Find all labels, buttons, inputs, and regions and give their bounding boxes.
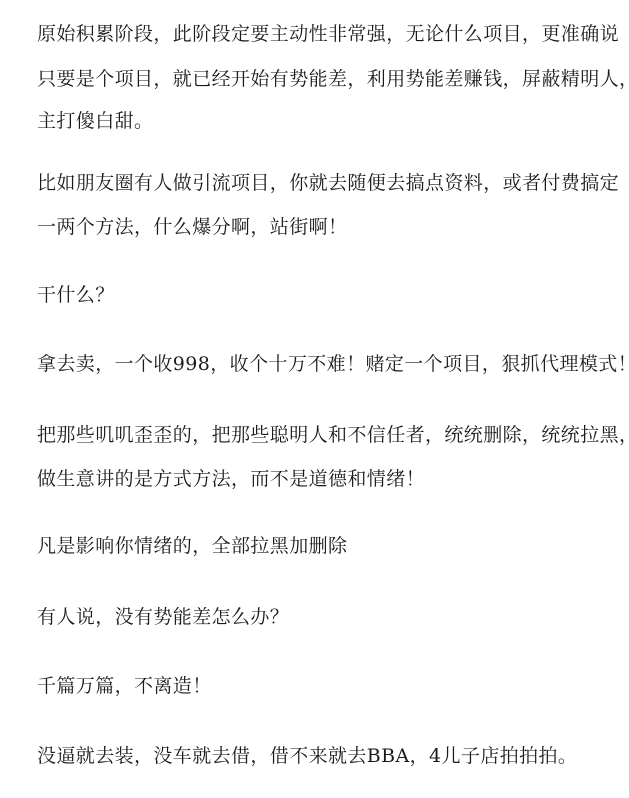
paragraph-5-line-1: 把那些叽叽歪歪的，把那些聪明人和不信任者，统统删除，统统拉黑， [37, 423, 629, 447]
paragraph-4-line-1: 拿去卖，一个收998，收个十万不难！赌定一个项目，狠抓代理模式！ [37, 352, 629, 376]
paragraph-6-line-1: 凡是影响你情绪的，全部拉黑加删除 [37, 534, 347, 558]
paragraph-3-line-1: 干什么？ [37, 283, 115, 307]
paragraph-8-line-1: 千篇万篇，不离造！ [37, 674, 212, 698]
paragraph-7-line-1: 有人说，没有势能差怎么办？ [37, 605, 289, 629]
paragraph-5-line-2: 做生意讲的是方式方法，而不是道德和情绪！ [37, 467, 425, 491]
paragraph-2-line-1: 比如朋友圈有人做引流项目，你就去随便去搞点资料，或者付费搞定 [37, 171, 619, 195]
paragraph-9-line-1: 没逼就去装，没车就去借，借不来就去BBA，4儿子店拍拍拍。 [37, 744, 577, 768]
paragraph-1-line-1: 原始积累阶段，此阶段定要主动性非常强，无论什么项目，更准确说 [37, 22, 619, 46]
paragraph-1-line-2: 只要是个项目，就已经开始有势能差，利用势能差赚钱，屏蔽精明人， [37, 67, 629, 91]
paragraph-2-line-2: 一两个方法，什么爆分啊，站街啊！ [37, 215, 347, 239]
paragraph-1-line-3: 主打傻白甜。 [37, 109, 153, 133]
document-page: 原始积累阶段，此阶段定要主动性非常强，无论什么项目，更准确说 只要是个项目，就已… [0, 0, 629, 798]
